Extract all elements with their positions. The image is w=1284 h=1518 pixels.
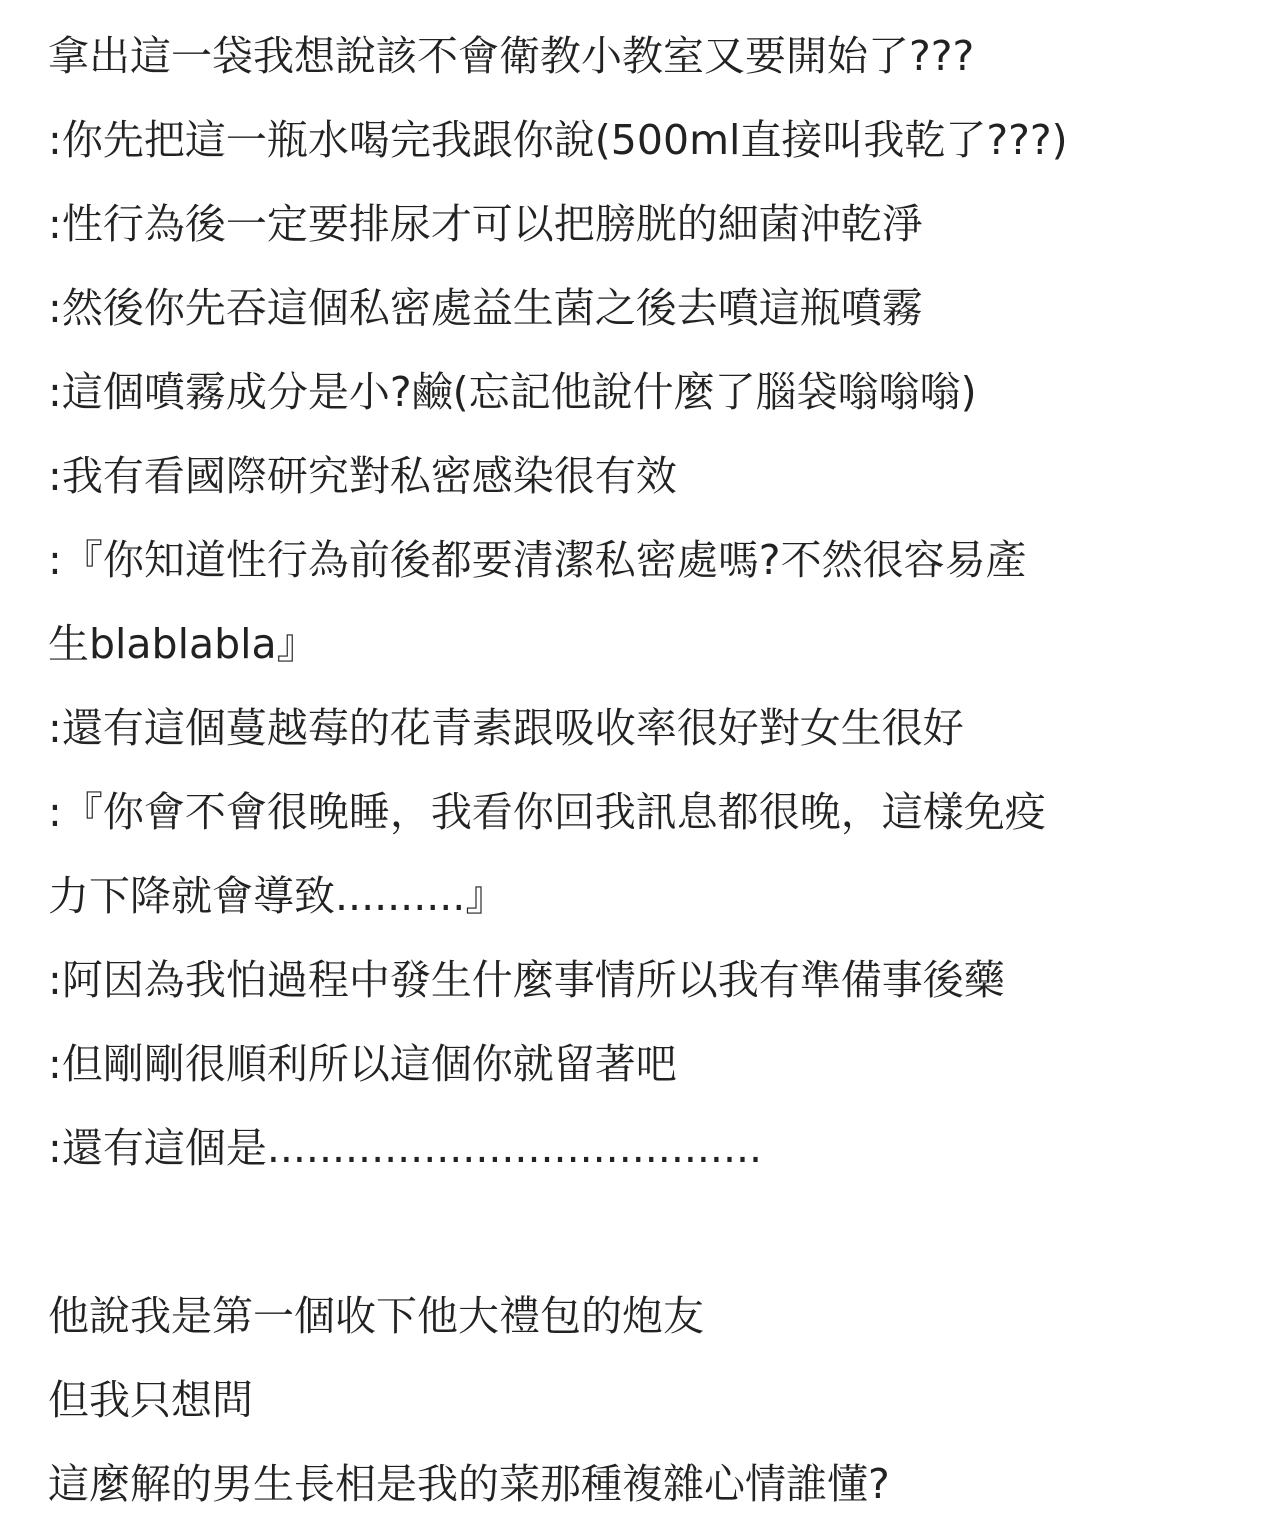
text-line: :性行為後一定要排尿才可以把膀胱的細菌沖乾淨 [48,182,1284,266]
text-line: :還有這個蔓越莓的花青素跟吸收率很好對女生很好 [48,686,1284,770]
text-line: 生blablabla』 [48,602,1284,686]
paragraph-dialogue: 拿出這一袋我想說該不會衛教小教室又要開始了??? :你先把這一瓶水喝完我跟你說(… [48,14,1284,1190]
paragraph-conclusion: 他說我是第一個收下他大禮包的炮友 但我只想問 這麼解的男生長相是我的菜那種複雜心… [48,1274,1284,1518]
text-line: 拿出這一袋我想說該不會衛教小教室又要開始了??? [48,14,1284,98]
text-line: :這個噴霧成分是小?鹼(忘記他說什麼了腦袋嗡嗡嗡) [48,350,1284,434]
text-line: :阿因為我怕過程中發生什麼事情所以我有準備事後藥 [48,938,1284,1022]
text-line: 但我只想問 [48,1358,1284,1442]
post-body: 拿出這一袋我想說該不會衛教小教室又要開始了??? :你先把這一瓶水喝完我跟你說(… [0,0,1284,1518]
text-line: :『你會不會很晚睡，我看你回我訊息都很晚，這樣免疫 [48,770,1284,854]
text-line: :我有看國際研究對私密感染很有效 [48,434,1284,518]
text-line: :『你知道性行為前後都要清潔私密處嗎?不然很容易產 [48,518,1284,602]
text-line: 力下降就會導致..........』 [48,854,1284,938]
text-line: :然後你先吞這個私密處益生菌之後去噴這瓶噴霧 [48,266,1284,350]
paragraph-spacer [48,1190,1284,1274]
text-line: 這麼解的男生長相是我的菜那種複雜心情誰懂? [48,1442,1284,1518]
text-line: :但剛剛很順利所以這個你就留著吧 [48,1022,1284,1106]
text-line: 他說我是第一個收下他大禮包的炮友 [48,1274,1284,1358]
text-line: :你先把這一瓶水喝完我跟你說(500ml直接叫我乾了???) [48,98,1284,182]
text-line: :還有這個是..................................… [48,1106,1284,1190]
